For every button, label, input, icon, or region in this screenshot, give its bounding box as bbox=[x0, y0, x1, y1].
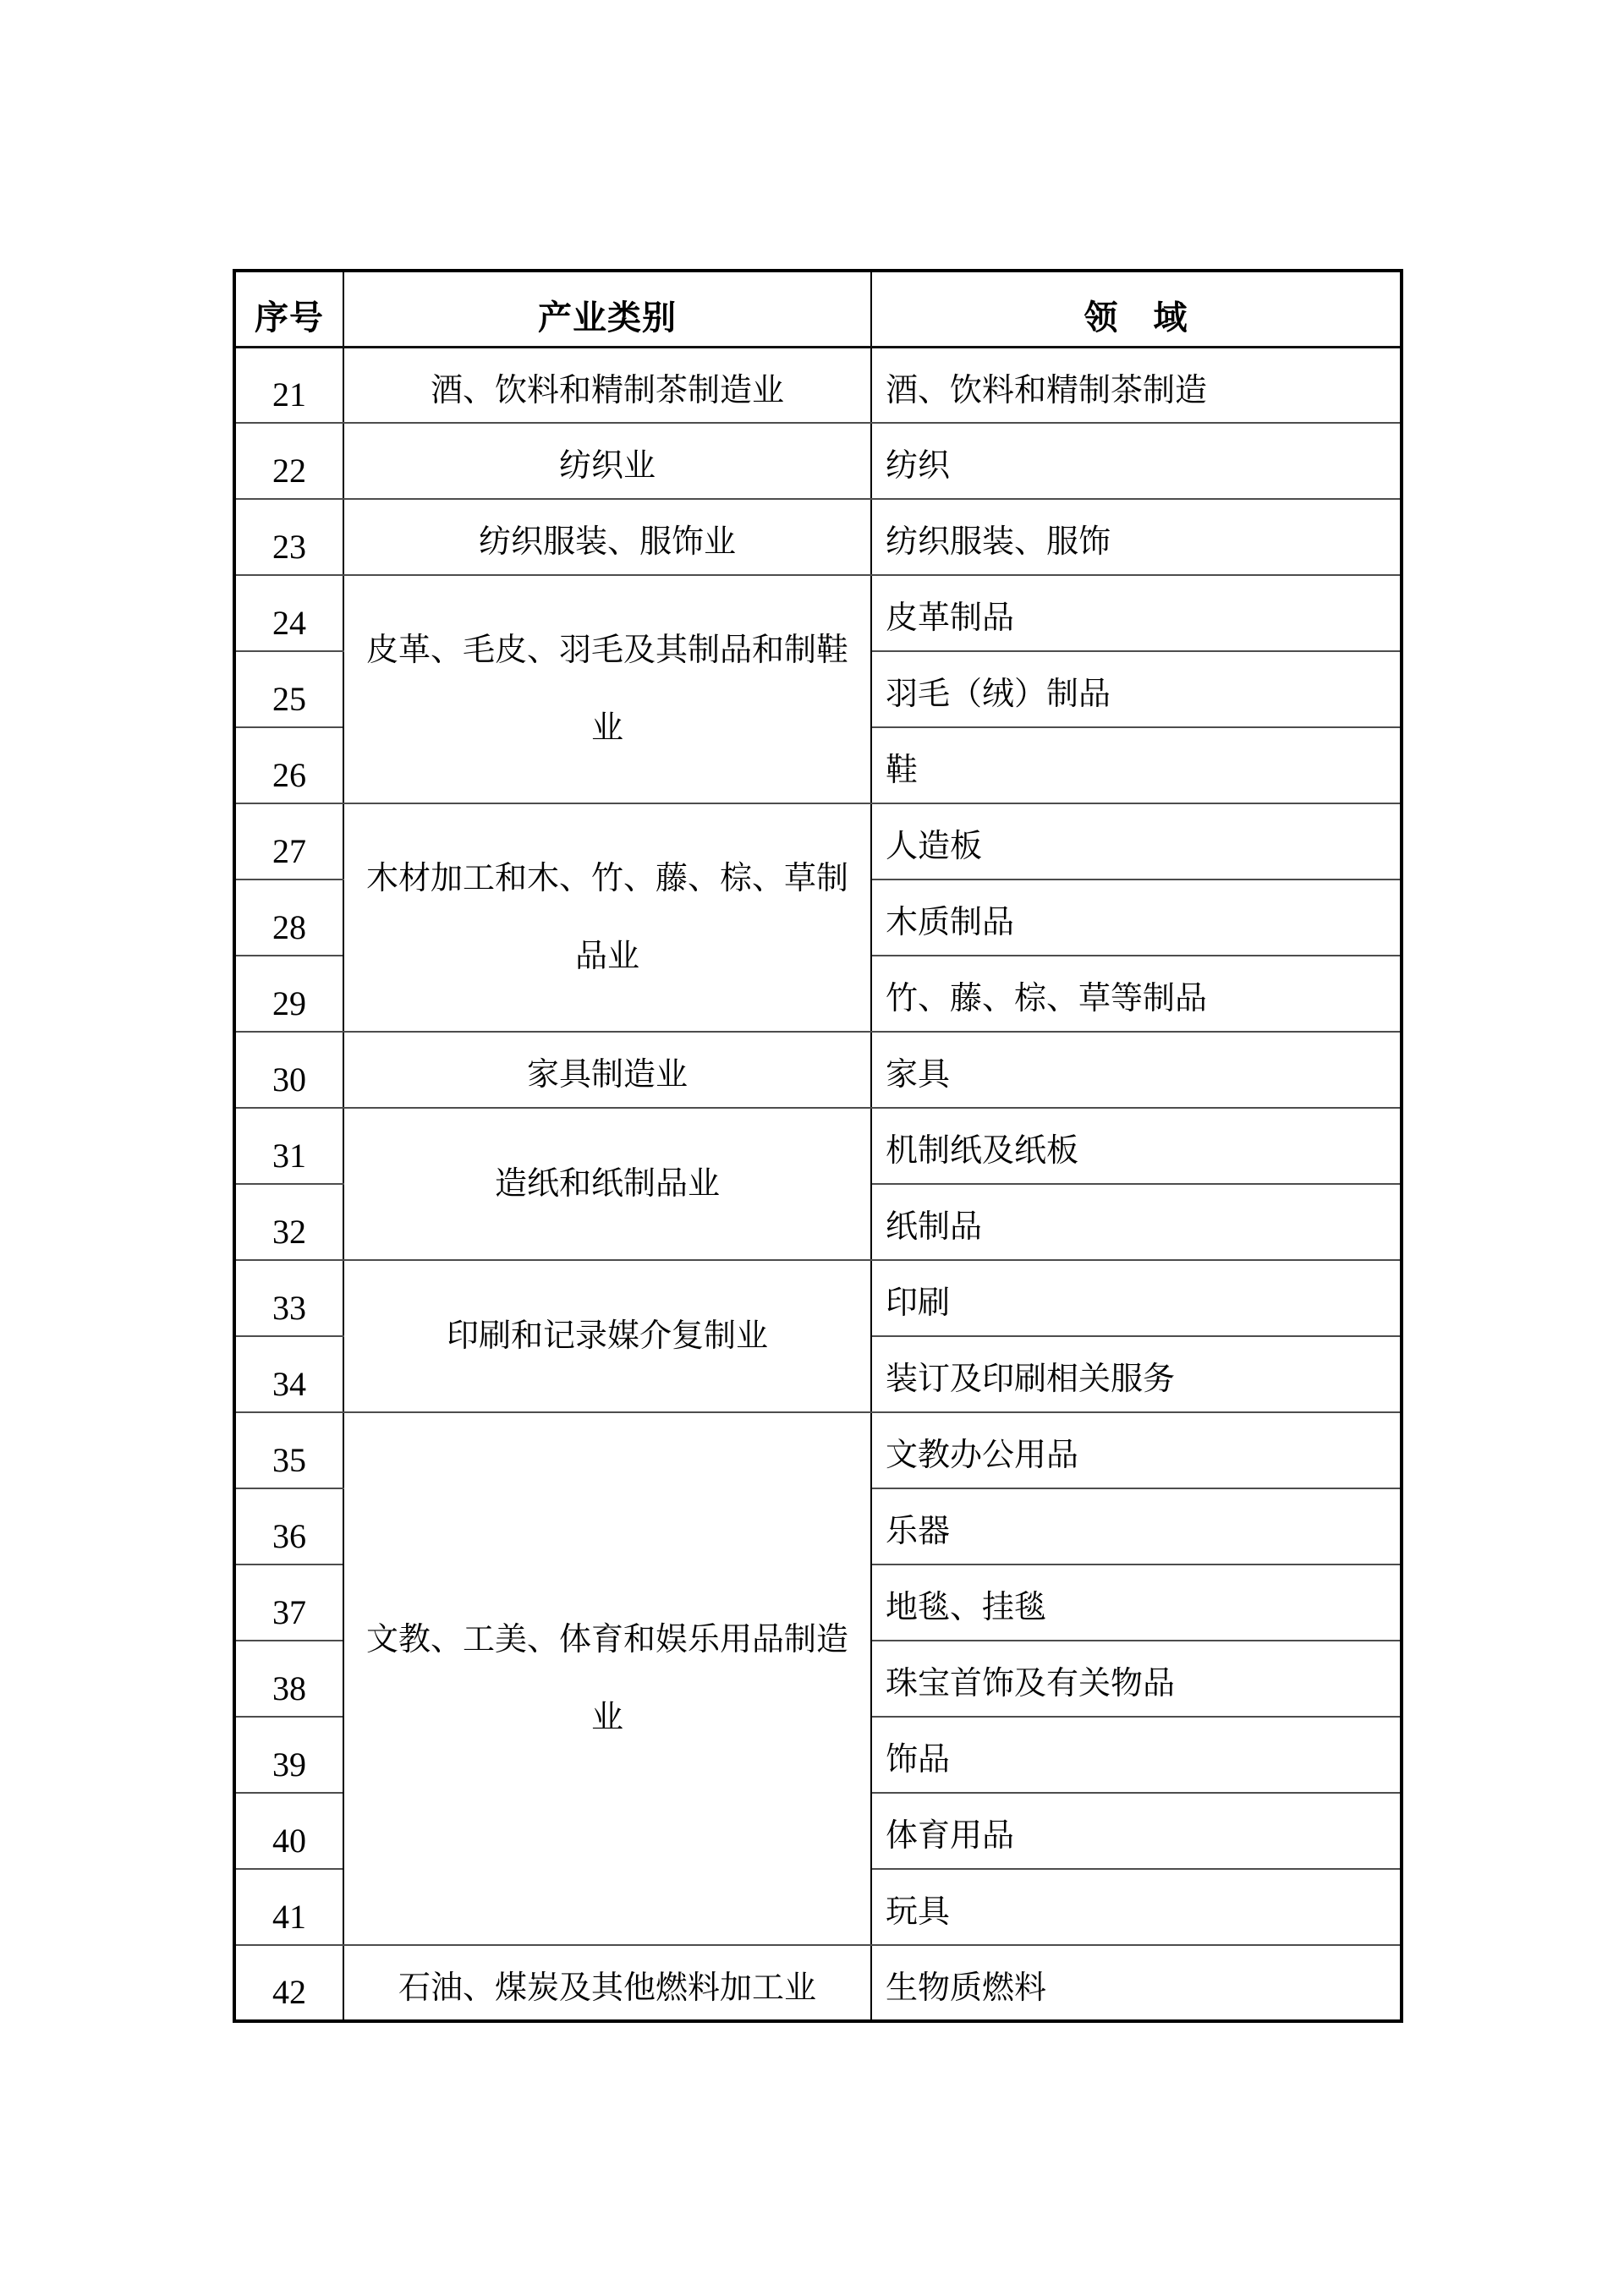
industry-category-cell: 印刷和记录媒介复制业 bbox=[343, 1260, 871, 1412]
serial-number-cell: 27 bbox=[234, 803, 343, 879]
header-row: 序号 产业类别 领 域 bbox=[234, 271, 1402, 347]
serial-number-cell: 33 bbox=[234, 1260, 343, 1336]
field-cell: 皮革制品 bbox=[871, 575, 1402, 651]
header-cell-industry: 产业类别 bbox=[343, 271, 871, 347]
table-row: 42 石油、煤炭及其他燃料加工业 生物质燃料 bbox=[234, 1945, 1402, 2021]
table-row: 35 文教、工美、体育和娱乐用品制造业 文教办公用品 bbox=[234, 1412, 1402, 1488]
document-page: 序号 产业类别 领 域 21 酒、饮料和精制茶制造业 酒、饮料和精制茶制造 22… bbox=[0, 0, 1624, 2296]
serial-number-cell: 36 bbox=[234, 1488, 343, 1564]
field-cell: 人造板 bbox=[871, 803, 1402, 879]
table-row: 31 造纸和纸制品业 机制纸及纸板 bbox=[234, 1108, 1402, 1184]
field-cell: 装订及印刷相关服务 bbox=[871, 1336, 1402, 1412]
table-row: 33 印刷和记录媒介复制业 印刷 bbox=[234, 1260, 1402, 1336]
industry-category-cell: 文教、工美、体育和娱乐用品制造业 bbox=[343, 1412, 871, 1945]
serial-number-cell: 23 bbox=[234, 499, 343, 575]
industry-category-cell: 造纸和纸制品业 bbox=[343, 1108, 871, 1260]
serial-number-cell: 40 bbox=[234, 1793, 343, 1869]
serial-number-cell: 37 bbox=[234, 1564, 343, 1641]
field-cell: 地毯、挂毯 bbox=[871, 1564, 1402, 1641]
table-row: 23 纺织服装、服饰业 纺织服装、服饰 bbox=[234, 499, 1402, 575]
industry-category-cell: 纺织服装、服饰业 bbox=[343, 499, 871, 575]
serial-number-cell: 42 bbox=[234, 1945, 343, 2021]
field-cell: 机制纸及纸板 bbox=[871, 1108, 1402, 1184]
table-row: 24 皮革、毛皮、羽毛及其制品和制鞋业 皮革制品 bbox=[234, 575, 1402, 651]
serial-number-cell: 41 bbox=[234, 1869, 343, 1945]
field-cell: 生物质燃料 bbox=[871, 1945, 1402, 2021]
field-cell: 饰品 bbox=[871, 1717, 1402, 1793]
field-cell: 酒、饮料和精制茶制造 bbox=[871, 347, 1402, 423]
field-cell: 纺织服装、服饰 bbox=[871, 499, 1402, 575]
industry-category-cell: 木材加工和木、竹、藤、棕、草制品业 bbox=[343, 803, 871, 1032]
field-cell: 纺织 bbox=[871, 423, 1402, 499]
field-cell: 乐器 bbox=[871, 1488, 1402, 1564]
serial-number-cell: 34 bbox=[234, 1336, 343, 1412]
header-cell-field: 领 域 bbox=[871, 271, 1402, 347]
serial-number-cell: 25 bbox=[234, 651, 343, 727]
serial-number-cell: 22 bbox=[234, 423, 343, 499]
serial-number-cell: 38 bbox=[234, 1641, 343, 1717]
industry-category-table: 序号 产业类别 领 域 21 酒、饮料和精制茶制造业 酒、饮料和精制茶制造 22… bbox=[233, 269, 1403, 2023]
field-cell: 文教办公用品 bbox=[871, 1412, 1402, 1488]
field-cell: 竹、藤、棕、草等制品 bbox=[871, 956, 1402, 1032]
field-cell: 体育用品 bbox=[871, 1793, 1402, 1869]
field-cell: 珠宝首饰及有关物品 bbox=[871, 1641, 1402, 1717]
serial-number-cell: 29 bbox=[234, 956, 343, 1032]
serial-number-cell: 21 bbox=[234, 347, 343, 423]
serial-number-cell: 35 bbox=[234, 1412, 343, 1488]
field-cell: 羽毛（绒）制品 bbox=[871, 651, 1402, 727]
table-row: 30 家具制造业 家具 bbox=[234, 1032, 1402, 1108]
field-cell: 印刷 bbox=[871, 1260, 1402, 1336]
field-cell: 鞋 bbox=[871, 727, 1402, 803]
serial-number-cell: 26 bbox=[234, 727, 343, 803]
industry-category-cell: 纺织业 bbox=[343, 423, 871, 499]
field-cell: 木质制品 bbox=[871, 879, 1402, 956]
table-row: 27 木材加工和木、竹、藤、棕、草制品业 人造板 bbox=[234, 803, 1402, 879]
industry-category-cell: 酒、饮料和精制茶制造业 bbox=[343, 347, 871, 423]
table-header: 序号 产业类别 领 域 bbox=[234, 271, 1402, 347]
field-cell: 家具 bbox=[871, 1032, 1402, 1108]
table-row: 21 酒、饮料和精制茶制造业 酒、饮料和精制茶制造 bbox=[234, 347, 1402, 423]
serial-number-cell: 28 bbox=[234, 879, 343, 956]
serial-number-cell: 30 bbox=[234, 1032, 343, 1108]
serial-number-cell: 39 bbox=[234, 1717, 343, 1793]
header-cell-no: 序号 bbox=[234, 271, 343, 347]
industry-category-cell: 皮革、毛皮、羽毛及其制品和制鞋业 bbox=[343, 575, 871, 803]
industry-category-cell: 家具制造业 bbox=[343, 1032, 871, 1108]
industry-category-cell: 石油、煤炭及其他燃料加工业 bbox=[343, 1945, 871, 2021]
table-body: 21 酒、饮料和精制茶制造业 酒、饮料和精制茶制造 22 纺织业 纺织 23 纺… bbox=[234, 347, 1402, 2021]
serial-number-cell: 32 bbox=[234, 1184, 343, 1260]
table-row: 22 纺织业 纺织 bbox=[234, 423, 1402, 499]
field-cell: 玩具 bbox=[871, 1869, 1402, 1945]
serial-number-cell: 31 bbox=[234, 1108, 343, 1184]
field-cell: 纸制品 bbox=[871, 1184, 1402, 1260]
serial-number-cell: 24 bbox=[234, 575, 343, 651]
